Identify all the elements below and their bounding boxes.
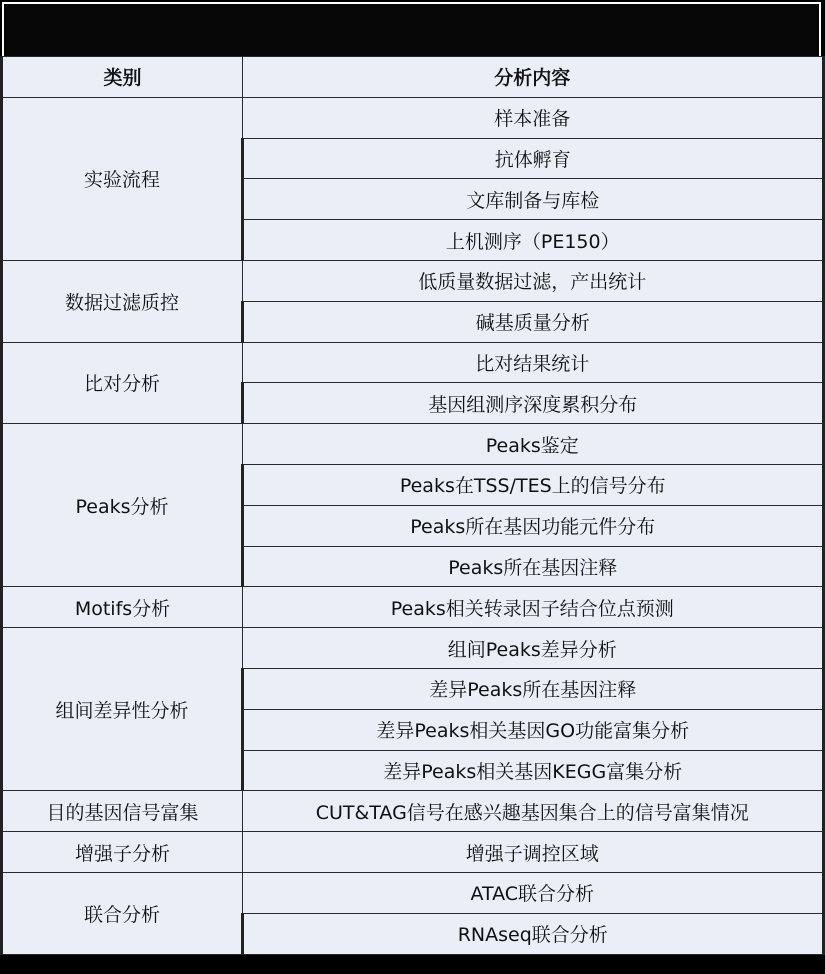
content-cell: 抗体孵育 [243, 138, 824, 179]
table-row: 联合分析 ATAC联合分析 [2, 872, 824, 913]
table-row: Motifs分析 Peaks相关转录因子结合位点预测 [2, 587, 824, 628]
header-content: 分析内容 [243, 57, 824, 98]
content-cell: 基因组测序深度累积分布 [243, 383, 824, 424]
content-cell: 样本准备 [243, 97, 824, 138]
table-row: 目的基因信号富集 CUT&TAG信号在感兴趣基因集合上的信号富集情况 [2, 791, 824, 832]
content-cell: 差异Peaks相关基因KEGG富集分析 [243, 750, 824, 791]
category-cell: 数据过滤质控 [2, 260, 243, 342]
table-row: 组间差异性分析 组间Peaks差异分析 [2, 628, 824, 669]
content-cell: 组间Peaks差异分析 [243, 628, 824, 669]
category-cell: 比对分析 [2, 342, 243, 424]
title-bar [2, 2, 821, 56]
content-cell: Peaks所在基因注释 [243, 546, 824, 587]
header-category: 类别 [2, 57, 243, 98]
category-cell: 实验流程 [2, 97, 243, 260]
category-cell: Peaks分析 [2, 424, 243, 587]
category-cell: 增强子分析 [2, 832, 243, 873]
content-cell: RNAseq联合分析 [243, 913, 824, 954]
content-cell: 差异Peaks所在基因注释 [243, 668, 824, 709]
content-cell: Peaks所在基因功能元件分布 [243, 505, 824, 546]
content-cell: Peaks鉴定 [243, 424, 824, 465]
category-cell: Motifs分析 [2, 587, 243, 628]
content-cell: 碱基质量分析 [243, 301, 824, 342]
content-cell: Peaks相关转录因子结合位点预测 [243, 587, 824, 628]
content-cell: Peaks在TSS/TES上的信号分布 [243, 464, 824, 505]
content-cell: 差异Peaks相关基因GO功能富集分析 [243, 709, 824, 750]
table-row: Peaks分析 Peaks鉴定 [2, 424, 824, 465]
analysis-table: 类别 分析内容 实验流程 样本准备 抗体孵育 文库制备与库检 上机测序（PE15… [0, 56, 825, 955]
table-row: 实验流程 样本准备 [2, 97, 824, 138]
content-cell: 上机测序（PE150） [243, 220, 824, 261]
table-row: 比对分析 比对结果统计 [2, 342, 824, 383]
table-row: 数据过滤质控 低质量数据过滤，产出统计 [2, 260, 824, 301]
category-cell: 组间差异性分析 [2, 628, 243, 791]
content-cell: 增强子调控区域 [243, 832, 824, 873]
content-cell: 文库制备与库检 [243, 179, 824, 220]
header-row: 类别 分析内容 [2, 57, 824, 98]
content-cell: 比对结果统计 [243, 342, 824, 383]
category-cell: 联合分析 [2, 872, 243, 954]
content-cell: 低质量数据过滤，产出统计 [243, 260, 824, 301]
table-row: 增强子分析 增强子调控区域 [2, 832, 824, 873]
category-cell: 目的基因信号富集 [2, 791, 243, 832]
content-cell: CUT&TAG信号在感兴趣基因集合上的信号富集情况 [243, 791, 824, 832]
content-cell: ATAC联合分析 [243, 872, 824, 913]
